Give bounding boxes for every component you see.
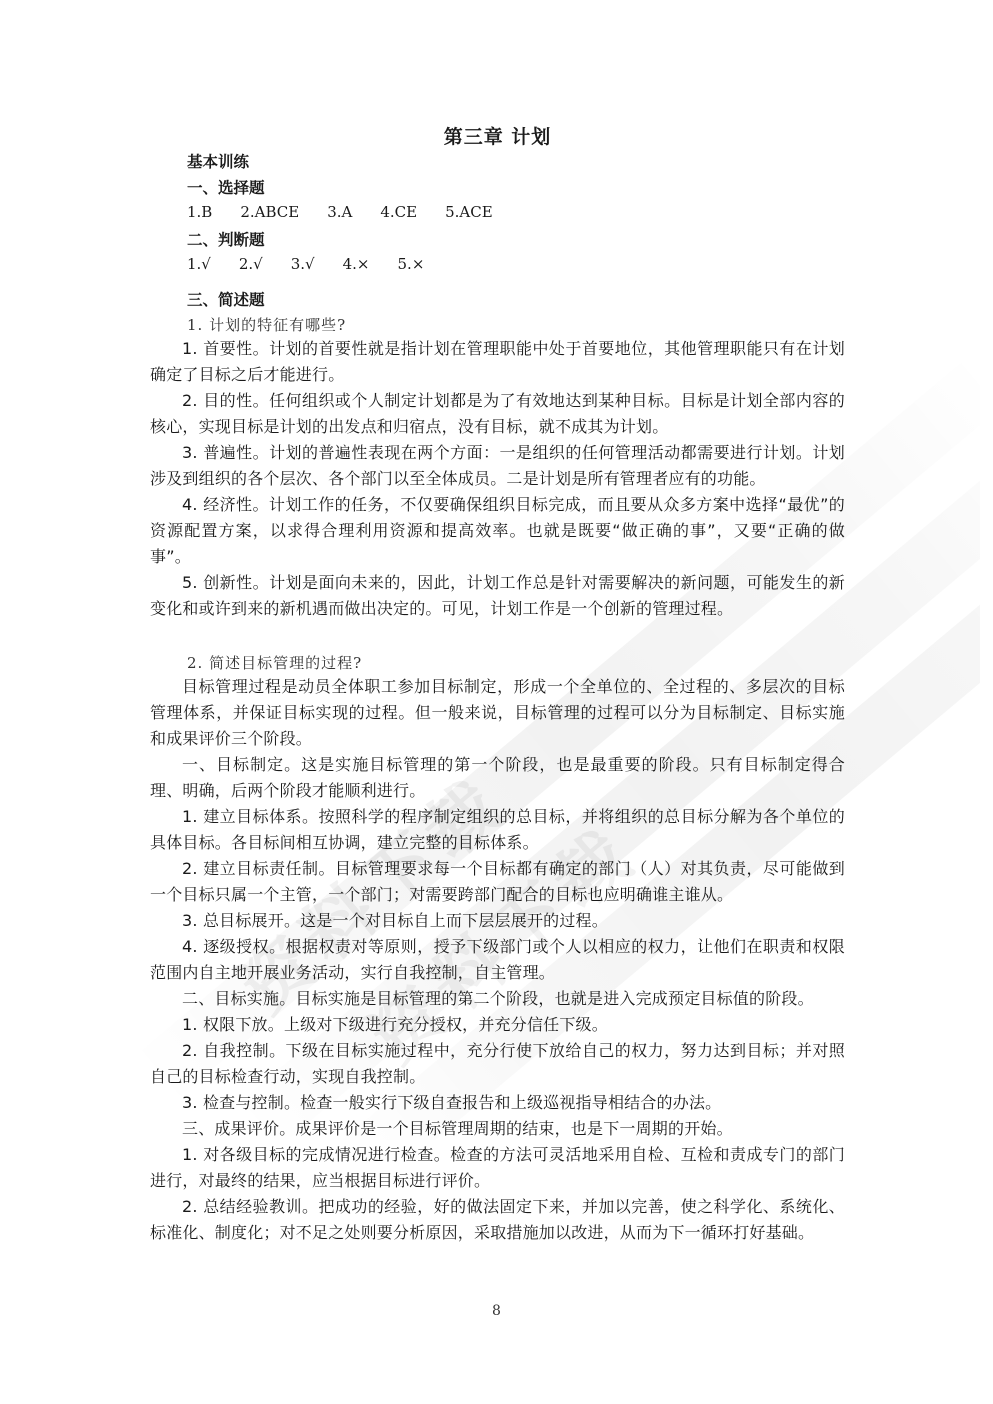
paragraph: 目标管理过程是动员全体职工参加目标制定，形成一个全单位的、全过程的、多层次的目标…	[150, 674, 845, 752]
question-1: 1. 计划的特征有哪些?	[187, 314, 346, 335]
answer-item: 1.√	[187, 255, 211, 273]
paragraph: 1. 首要性。计划的首要性就是指计划在管理职能中处于首要地位，其他管理职能只有在…	[150, 336, 845, 388]
answer-item: 2.ABCE	[240, 203, 299, 221]
answer-1-body: 1. 首要性。计划的首要性就是指计划在管理职能中处于首要地位，其他管理职能只有在…	[150, 336, 845, 622]
paragraph: 三、成果评价。成果评价是一个目标管理周期的结束，也是下一周期的开始。	[150, 1116, 845, 1142]
question-2: 2. 简述目标管理的过程?	[187, 652, 362, 673]
judge-answers: 1.√2.√3.√4.×5.×	[187, 255, 452, 273]
answer-item: 3.√	[291, 255, 315, 273]
paragraph: 1. 建立目标体系。按照科学的程序制定组织的总目标，并将组织的总目标分解为各个单…	[150, 804, 845, 856]
choice-answers: 1.B2.ABCE3.A4.CE5.ACE	[187, 203, 521, 221]
answer-item: 1.B	[187, 203, 212, 221]
judge-heading: 二、判断题	[187, 228, 265, 250]
paragraph: 3. 总目标展开。这是一个对目标自上而下层层展开的过程。	[150, 908, 845, 934]
answer-2-body: 目标管理过程是动员全体职工参加目标制定，形成一个全单位的、全过程的、多层次的目标…	[150, 674, 845, 1246]
paragraph: 3. 普遍性。计划的普遍性表现在两个方面：一是组织的任何管理活动都需要进行计划。…	[150, 440, 845, 492]
paragraph: 2. 建立目标责任制。目标管理要求每一个目标都有确定的部门（人）对其负责，尽可能…	[150, 856, 845, 908]
paragraph: 4. 逐级授权。根据权责对等原则，授予下级部门或个人以相应的权力，让他们在职责和…	[150, 934, 845, 986]
paragraph: 2. 自我控制。下级在目标实施过程中，充分行使下放给自己的权力，努力达到目标；并…	[150, 1038, 845, 1090]
choice-heading: 一、选择题	[187, 176, 265, 198]
answer-item: 5.ACE	[445, 203, 493, 221]
paragraph: 二、目标实施。目标实施是目标管理的第二个阶段，也就是进入完成预定目标值的阶段。	[150, 986, 845, 1012]
paragraph: 2. 总结经验教训。把成功的经验，好的做法固定下来，并加以完善，使之科学化、系统…	[150, 1194, 845, 1246]
paragraph: 5. 创新性。计划是面向未来的，因此，计划工作总是针对需要解决的新问题，可能发生…	[150, 570, 845, 622]
answer-item: 4.×	[343, 255, 370, 273]
answer-item: 3.A	[327, 203, 352, 221]
paragraph: 1. 权限下放。上级对下级进行充分授权，并充分信任下级。	[150, 1012, 845, 1038]
paragraph: 2. 目的性。任何组织或个人制定计划都是为了有效地达到某种目标。目标是计划全部内…	[150, 388, 845, 440]
answer-item: 5.×	[398, 255, 425, 273]
answer-item: 4.CE	[380, 203, 417, 221]
paragraph: 4. 经济性。计划工作的任务，不仅要确保组织目标完成，而且要从众多方案中选择“最…	[150, 492, 845, 570]
short-answer-heading: 三、简述题	[187, 288, 265, 310]
answer-item: 2.√	[239, 255, 263, 273]
paragraph: 1. 对各级目标的完成情况进行检查。检查的方法可灵活地采用自检、互检和责成专门的…	[150, 1142, 845, 1194]
page-number: 8	[0, 1303, 993, 1319]
section-title: 基本训练	[187, 150, 249, 172]
paragraph: 3. 检查与控制。检查一般实行下级自查报告和上级巡视指导相结合的办法。	[150, 1090, 845, 1116]
chapter-title: 第三章 计划	[150, 122, 845, 149]
paragraph: 一、目标制定。这是实施目标管理的第一个阶段，也是最重要的阶段。只有目标制定得合理…	[150, 752, 845, 804]
